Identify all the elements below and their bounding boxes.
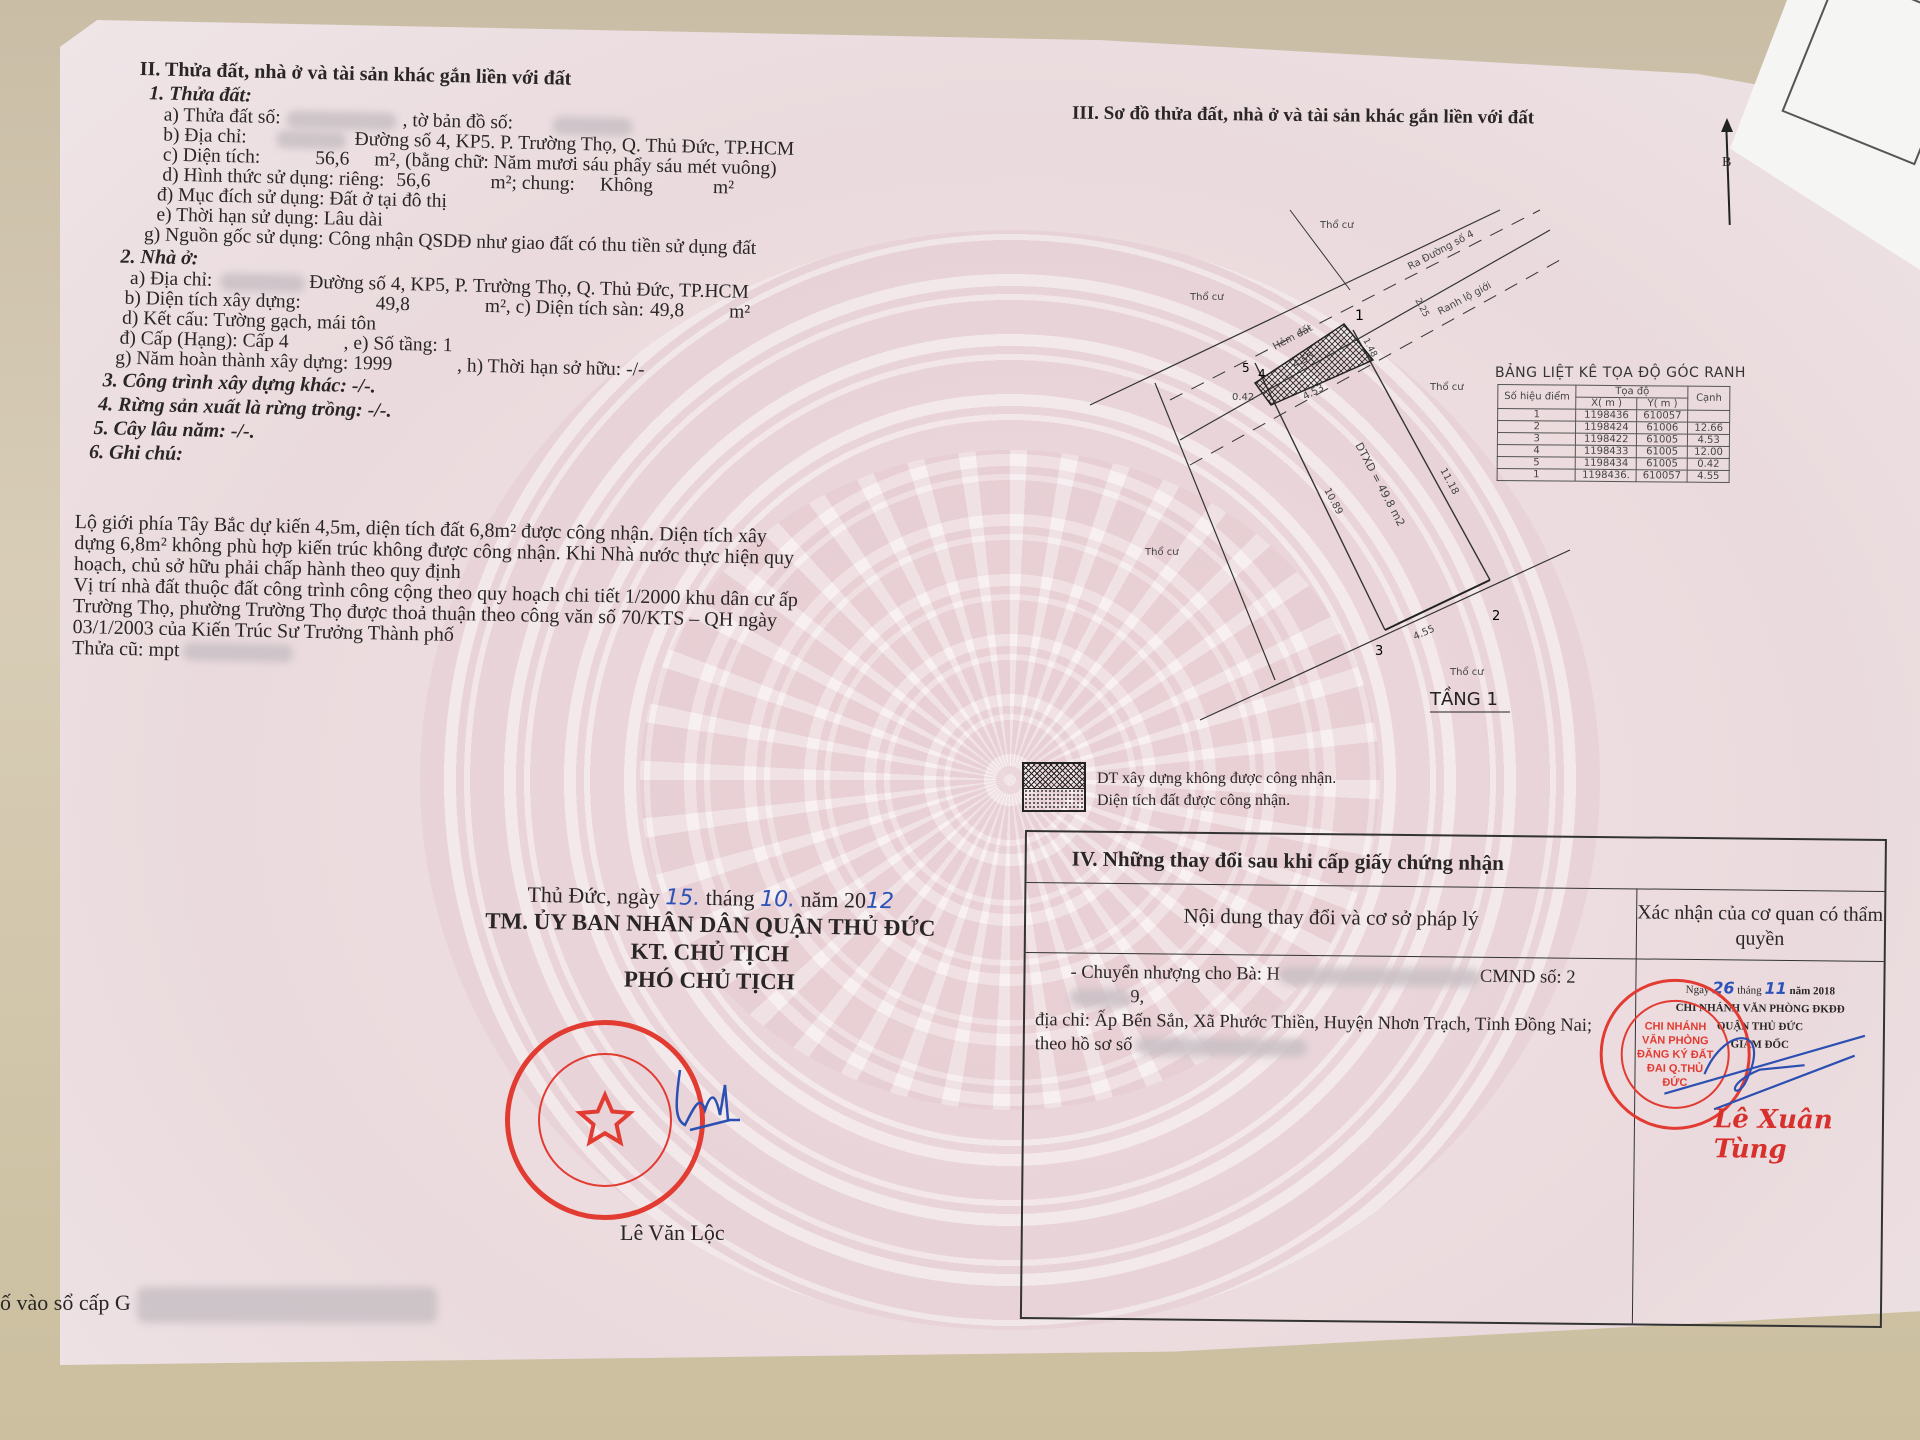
- north-label: B: [1722, 155, 1731, 171]
- svg-text:2.25: 2.25: [1412, 297, 1430, 319]
- svg-text:0.42: 0.42: [1232, 392, 1254, 403]
- confirmation-signature: [1664, 1014, 1885, 1116]
- signature-block: Thủ Đức, ngày 15. tháng 10. năm 2012 TM.…: [454, 881, 966, 1000]
- legend-label-recognized: Diện tích đất được công nhận.: [1097, 790, 1290, 811]
- svg-text:Thổ cư: Thổ cư: [1144, 545, 1179, 558]
- svg-text:5: 5: [1242, 361, 1250, 375]
- change-entry: - Chuyển nhượng cho Bà: HCMND số: 29, đị…: [1035, 960, 1631, 1062]
- section-2: II. Thửa đất, nhà ở và tài sản khác gắn …: [0, 0, 1001, 1019]
- svg-text:Thổ cư: Thổ cư: [1319, 218, 1354, 231]
- section-4-title: IV. Những thay đổi sau khi cấp giấy chứn…: [1072, 846, 1504, 876]
- house-heading: 2. Nhà ở:: [120, 246, 198, 271]
- legend-label-unrecognized: DT xây dựng không được công nhận.: [1097, 768, 1336, 789]
- section-4-table: IV. Những thay đổi sau khi cấp giấy chứn…: [1020, 830, 1887, 1328]
- svg-text:3: 3: [1375, 644, 1383, 659]
- legend-swatch: [1022, 762, 1086, 812]
- coord-table-title: BẢNG LIỆT KÊ TỌA ĐỘ GÓC RANH: [1495, 365, 1746, 381]
- coord-table: Số hiệu điểm Tọa độ Cạnh X( m )Y( m ) 11…: [1497, 384, 1731, 483]
- land-origin: g) Nguồn gốc sử dụng: Công nhận QSDĐ như…: [144, 224, 757, 260]
- svg-text:2: 2: [1492, 609, 1500, 624]
- registration-footer: ố vào sổ cấp G: [0, 1287, 437, 1323]
- svg-text:DTXD = 49.8 m2: DTXD = 49.8 m2: [1352, 440, 1407, 528]
- item-6: 6. Ghi chú:: [89, 441, 183, 466]
- table-row: 11198436.6100574.55: [1497, 468, 1729, 482]
- svg-text:1: 1: [1355, 308, 1364, 324]
- svg-text:Thổ cư: Thổ cư: [1189, 290, 1224, 303]
- svg-text:TẦNG 1: TẦNG 1: [1429, 686, 1498, 710]
- svg-text:4.55: 4.55: [1412, 624, 1437, 643]
- item-5: 5. Cây lâu năm: -/-.: [93, 417, 255, 444]
- col-header-content: Nội dung thay đổi và cơ sở pháp lý: [1026, 902, 1636, 933]
- col-header-confirmation: Xác nhận của cơ quan có thẩm quyền: [1636, 900, 1885, 953]
- svg-text:Thổ cư: Thổ cư: [1449, 665, 1484, 678]
- svg-text:Thổ cư: Thổ cư: [1429, 380, 1464, 393]
- notes-paragraph: Lộ giới phía Tây Bắc dự kiến 4,5m, diện …: [72, 512, 955, 677]
- signature-mark: [670, 1065, 750, 1145]
- svg-text:Ranh lộ giới: Ranh lộ giới: [1436, 279, 1494, 317]
- svg-text:10.89: 10.89: [1321, 486, 1344, 516]
- signer-name: Lê Văn Lộc: [620, 1220, 725, 1246]
- svg-text:4: 4: [1258, 367, 1266, 381]
- confirmation-signer-name: Lê Xuân Tùng: [1714, 1104, 1883, 1166]
- svg-text:11.18: 11.18: [1437, 466, 1460, 496]
